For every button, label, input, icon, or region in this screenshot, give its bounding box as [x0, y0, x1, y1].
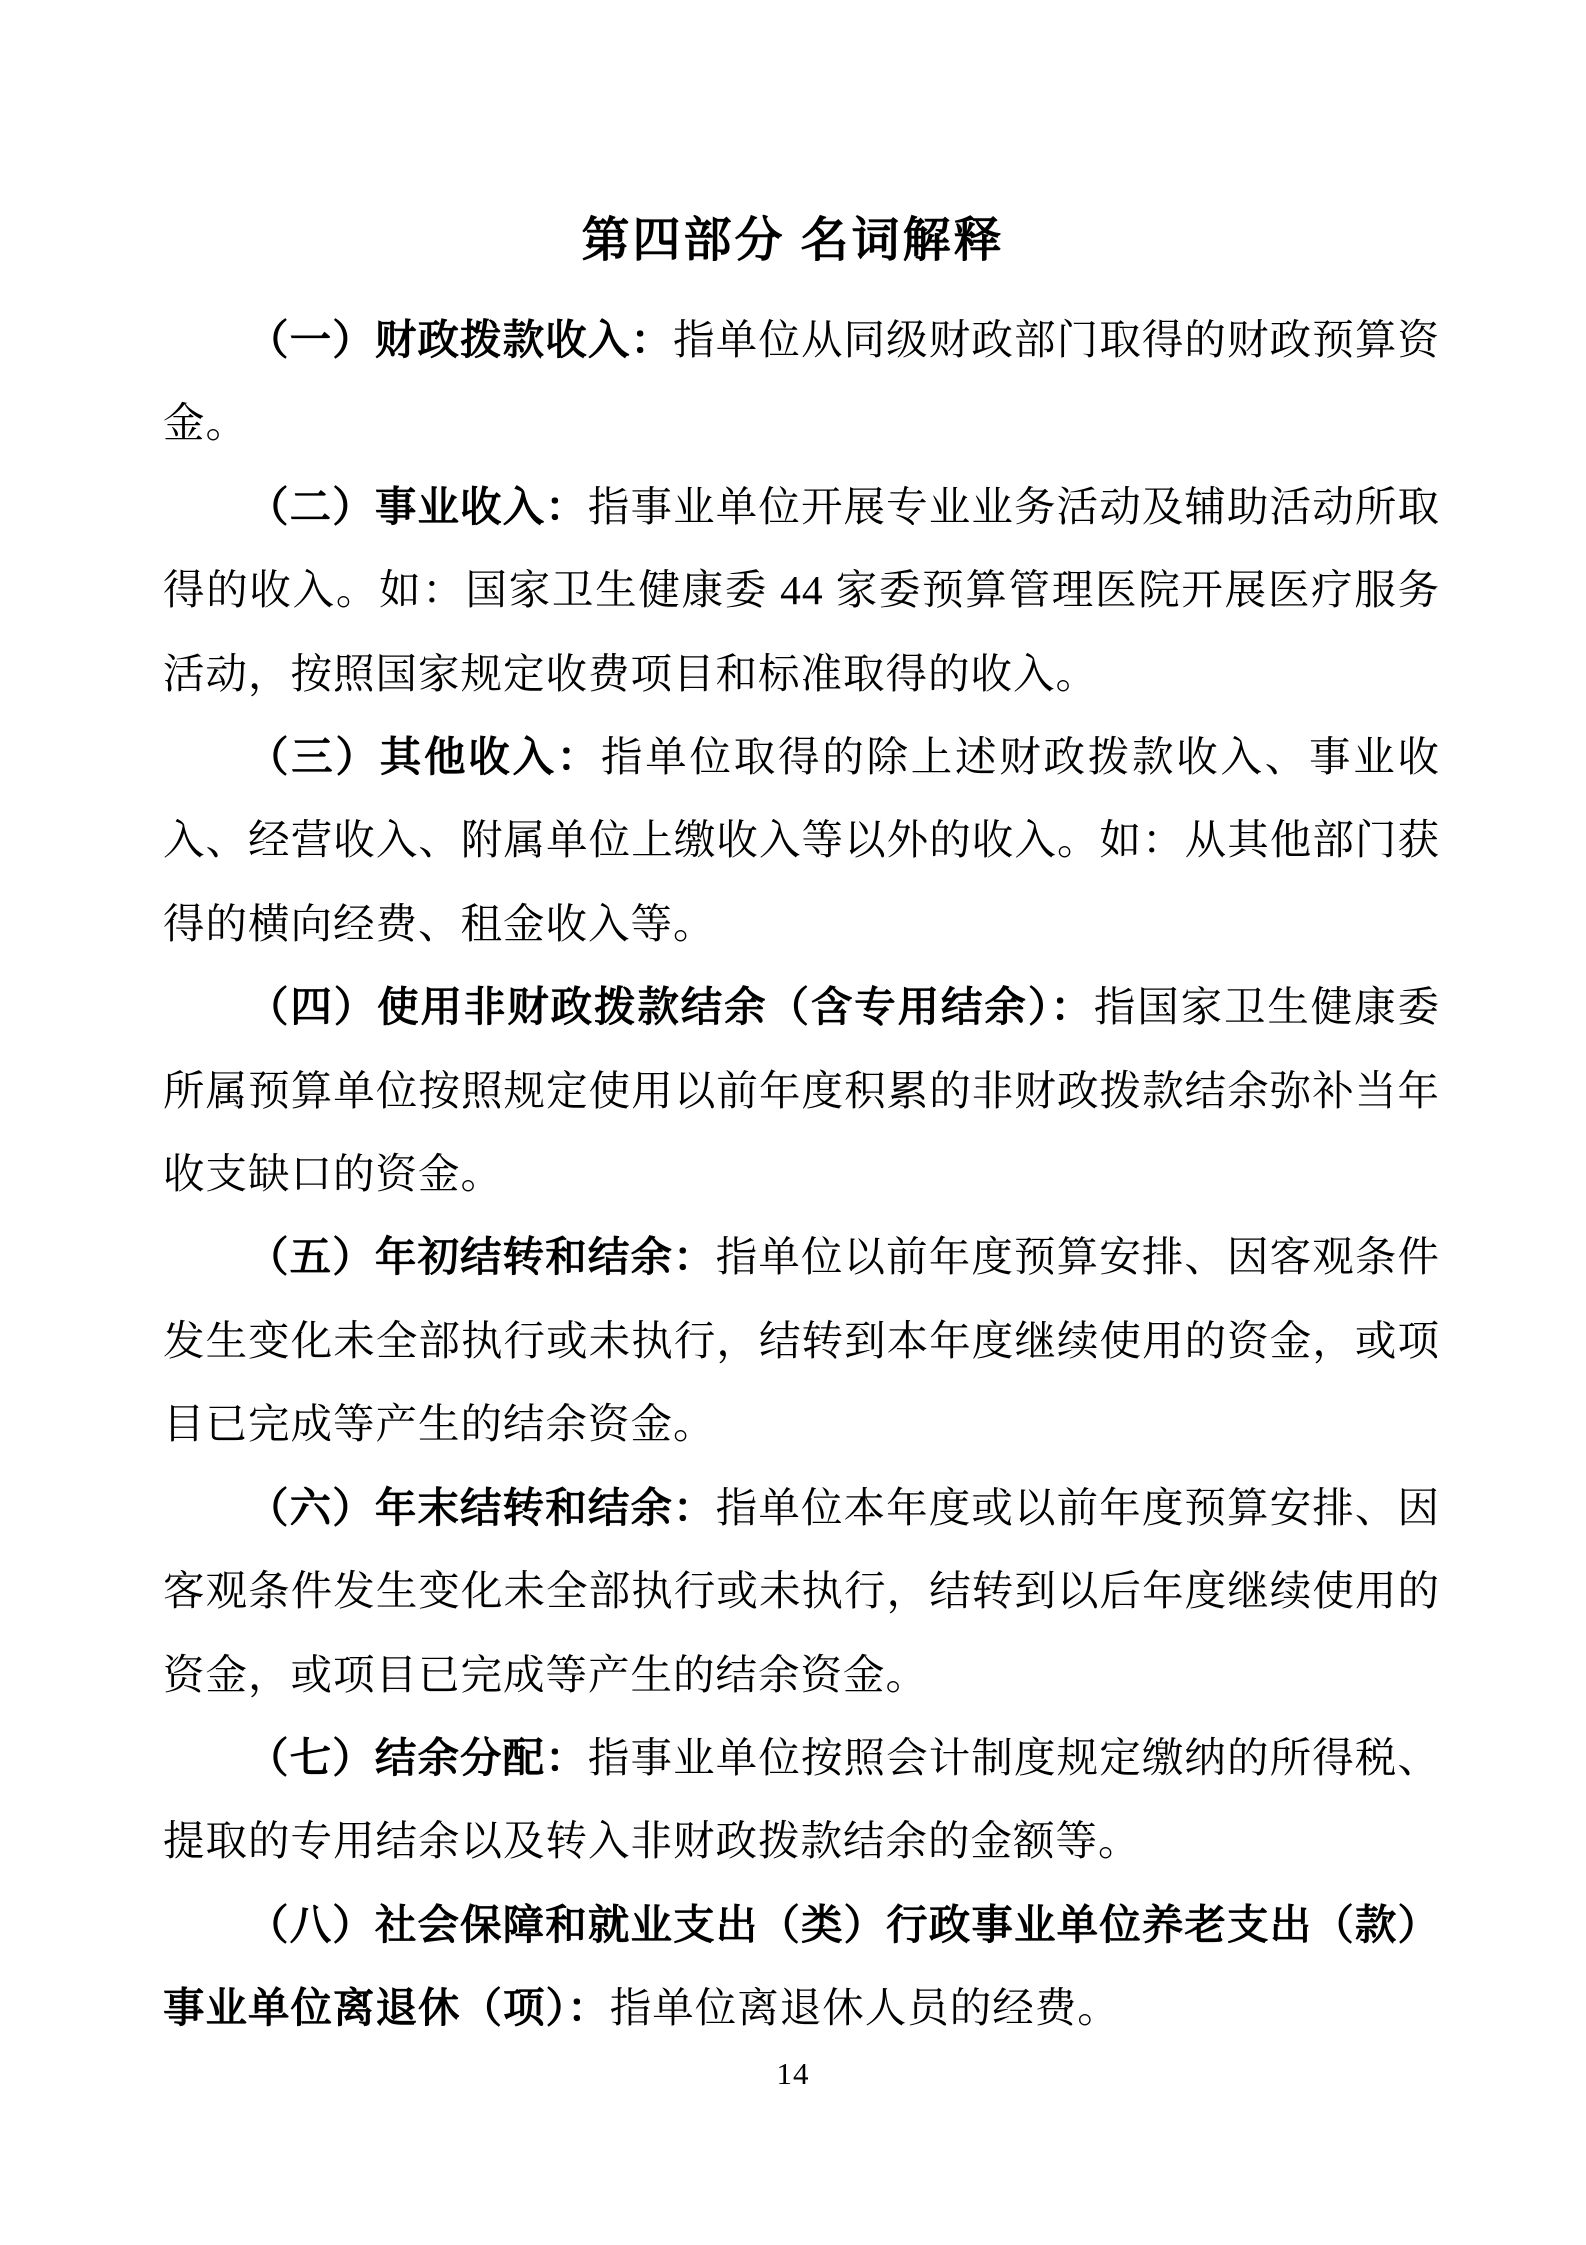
definition-paragraph: （八）社会保障和就业支出（类）行政事业单位养老支出（款）事业单位离退休（项）：指…: [163, 1884, 1440, 2051]
definition-paragraph: （三）其他收入：指单位取得的除上述财政拨款收入、事业收入、经营收入、附属单位上缴…: [163, 716, 1440, 966]
term-label: （六）年末结转和结余：: [247, 1485, 716, 1531]
definition-paragraph: （二）事业收入：指事业单位开展专业业务活动及辅助活动所取得的收入。如：国家卫生健…: [163, 466, 1440, 716]
definition-paragraph: （六）年末结转和结余：指单位本年度或以前年度预算安排、因客观条件发生变化未全部执…: [163, 1467, 1440, 1717]
term-definition: 指单位离退休人员的经费。: [610, 1985, 1120, 2031]
term-label: （五）年初结转和结余：: [247, 1234, 716, 1280]
definition-paragraph: （四）使用非财政拨款结余（含专用结余）：指国家卫生健康委所属预算单位按照规定使用…: [163, 966, 1440, 1216]
term-label: （七）结余分配：: [247, 1735, 588, 1781]
page-number: 14: [0, 2056, 1586, 2092]
section-title: 第四部分 名词解释: [0, 0, 1586, 270]
term-label: （三）其他收入：: [247, 734, 601, 780]
document-body: （一）财政拨款收入：指单位从同级财政部门取得的财政预算资金。 （二）事业收入：指…: [163, 299, 1440, 2051]
definition-paragraph: （七）结余分配：指事业单位按照会计制度规定缴纳的所得税、提取的专用结余以及转入非…: [163, 1717, 1440, 1884]
document-page: 第四部分 名词解释 （一）财政拨款收入：指单位从同级财政部门取得的财政预算资金。…: [0, 0, 1586, 2245]
term-label: （一）财政拨款收入：: [247, 317, 673, 363]
definition-paragraph: （五）年初结转和结余：指单位以前年度预算安排、因客观条件发生变化未全部执行或未执…: [163, 1216, 1440, 1466]
term-label: （四）使用非财政拨款结余（含专用结余）：: [247, 984, 1094, 1030]
term-label: （二）事业收入：: [247, 484, 588, 530]
definition-paragraph: （一）财政拨款收入：指单位从同级财政部门取得的财政预算资金。: [163, 299, 1440, 466]
